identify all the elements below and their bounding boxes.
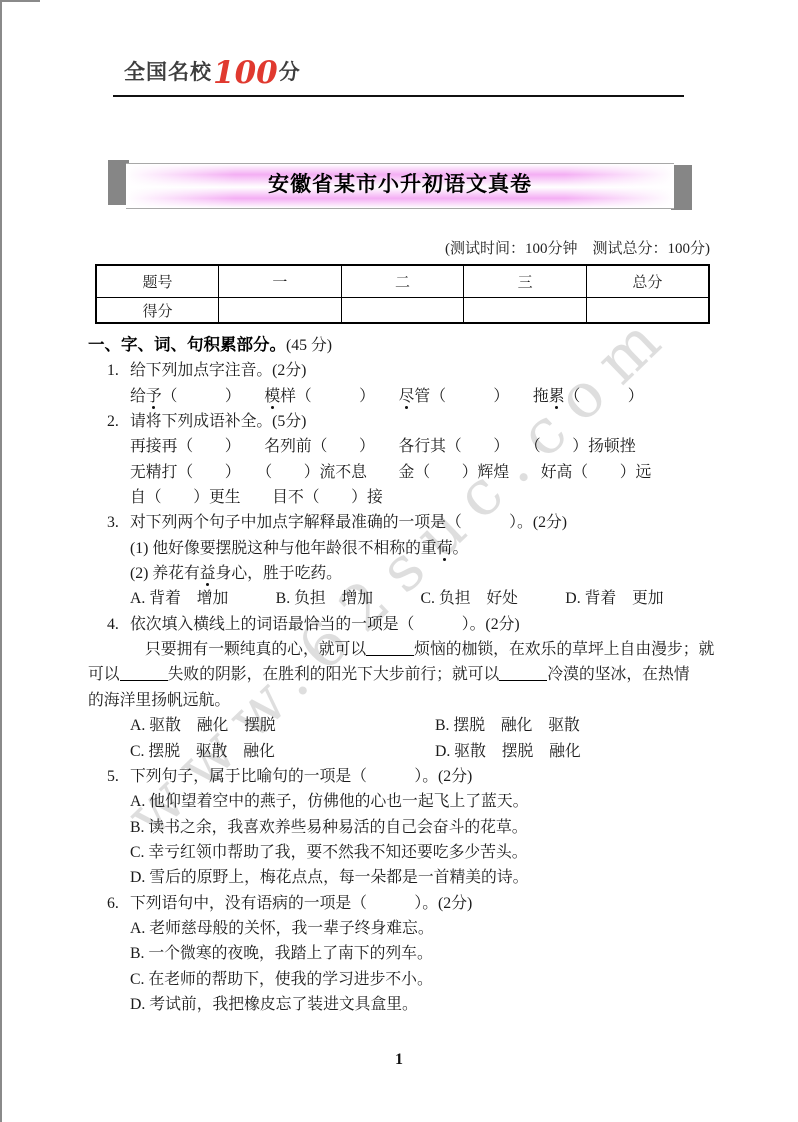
- question-prompt: 下列语句中，没有语病的一项是（ ）。(2分): [130, 895, 472, 912]
- question-3-sentence-1: (1) 他好像要摆脱这种与他年龄很不相称的重荷。: [88, 536, 728, 561]
- scan-edge-left: [0, 0, 2, 1122]
- text-run: 冷漠的坚冰，在热情: [547, 666, 689, 683]
- text-run: 失败的阴影，在胜利的阳光下大步前行；就可以: [168, 666, 500, 683]
- score-table-header-row: 题号 一 二 三 总分: [96, 265, 709, 298]
- question-6: 6.下列语句中，没有语病的一项是（ ）。(2分): [88, 891, 728, 916]
- question-3-options: A. 背着 增加 B. 负担 增加 C. 负担 好处 D. 背着 更加: [88, 586, 728, 611]
- score-cell: [219, 298, 342, 324]
- exam-body: 一、字、词、句积累部分。(45 分) 1.给下列加点字注音。(2分) 给予（ ）…: [88, 333, 728, 1017]
- section-heading-score: (45 分): [286, 337, 332, 354]
- question-4-options-row: C. 摆脱 驱散 融化D. 驱散 摆脱 融化: [88, 739, 728, 764]
- brand-prefix-text: 全国名校: [124, 58, 212, 88]
- score-row-label: 得分: [96, 298, 219, 324]
- question-5-option: D. 雪后的原野上，梅花点点，每一朵都是一首精美的诗。: [88, 865, 728, 890]
- question-number: 5.: [107, 764, 119, 789]
- question-5-option: B. 读书之余，我喜欢养些易种易活的自己会奋斗的花草。: [88, 815, 728, 840]
- dotted-character: 模: [264, 388, 280, 405]
- text-run: 拖: [533, 388, 549, 405]
- question-6-option: B. 一个微寒的夜晚，我踏上了南下的列车。: [88, 941, 728, 966]
- text-run: 可以: [88, 666, 120, 683]
- score-table-header-cell: 二: [341, 265, 464, 298]
- score-table-header-cell: 总分: [586, 265, 709, 298]
- score-table-header-cell: 题号: [96, 265, 219, 298]
- question-5-option: A. 他仰望着空中的燕子，仿佛他的心也一起飞上了蓝天。: [88, 789, 728, 814]
- header-rule: [113, 95, 684, 97]
- question-4-passage-line: 只要拥有一颗纯真的心，就可以烦恼的枷锁，在欢乐的草坪上自由漫步；就: [88, 637, 728, 662]
- question-4-passage-line: 可以失败的阴影，在胜利的阳光下大步前行；就可以冷漠的坚冰，在热情: [88, 662, 728, 687]
- question-prompt: 依次填入横线上的词语最恰当的一项是（ ）。(2分): [130, 616, 520, 633]
- option-d: D. 驱散 摆脱 融化: [435, 743, 581, 760]
- question-prompt: 下列句子，属于比喻句的一项是（ ）。(2分): [130, 768, 472, 785]
- dotted-character: 荷: [437, 540, 453, 557]
- question-4: 4.依次填入横线上的词语最恰当的一项是（ ）。(2分): [88, 612, 728, 637]
- question-2-line: 无精打（ ） （ ）流不息 金（ ）辉煌 好高（ ）远: [88, 460, 728, 485]
- text-run: （ ）: [162, 388, 265, 405]
- question-number: 4.: [107, 612, 119, 637]
- banner-right-cap: [671, 165, 692, 210]
- text-run: (1) 他好像要摆脱这种与他年龄很不相称的重: [130, 540, 437, 557]
- page-number: 1: [0, 1051, 798, 1069]
- text-run: (2) 养花有: [130, 565, 200, 582]
- question-6-option: A. 老师慈母般的关怀，我一辈子终身难忘。: [88, 916, 728, 941]
- banner-ribbon: 安徽省某市小升初语文真卷: [126, 163, 674, 209]
- text-run: （ ）: [565, 388, 644, 405]
- question-prompt: 请将下列成语补全。(5分): [130, 413, 306, 430]
- text-run: 只要拥有一颗纯真的心，就可以: [145, 641, 366, 658]
- dotted-character: 予: [146, 388, 162, 405]
- question-2: 2.请将下列成语补全。(5分): [88, 409, 728, 434]
- page-title: 安徽省某市小升初语文真卷: [126, 164, 674, 206]
- exam-paper-page: 全国名校 100 分 安徽省某市小升初语文真卷 (测试时间：100分钟 测试总分…: [0, 0, 798, 1122]
- score-cell: [464, 298, 587, 324]
- text-run: 烦恼的枷锁，在欢乐的草坪上自由漫步；就: [414, 641, 714, 658]
- question-4-options-row: A. 驱散 融化 摆脱B. 摆脱 融化 驱散: [88, 713, 728, 738]
- score-table-score-row: 得分: [96, 298, 709, 324]
- dotted-character: 益: [200, 565, 216, 582]
- question-3-sentence-2: (2) 养花有益身心，胜于吃药。: [88, 561, 728, 586]
- question-1: 1.给下列加点字注音。(2分): [88, 358, 728, 383]
- text-run: 管（ ）: [414, 388, 532, 405]
- test-info: (测试时间：100分钟 测试总分：100分): [445, 237, 710, 258]
- question-number: 3.: [107, 510, 119, 535]
- question-number: 6.: [107, 891, 119, 916]
- brand-logo: 全国名校 100 分: [124, 58, 301, 88]
- question-2-line: 再接再（ ） 名列前（ ） 各行其（ ） （ ）扬顿挫: [88, 434, 728, 459]
- option-a: A. 驱散 融化 摆脱: [130, 713, 435, 738]
- question-2-line: 自（ ）更生 目不（ ）接: [88, 485, 728, 510]
- question-6-option: D. 考试前，我把橡皮忘了装进文具盒里。: [88, 992, 728, 1017]
- question-6-option: C. 在老师的帮助下，使我的学习进步不小。: [88, 967, 728, 992]
- text-run: 给: [130, 388, 146, 405]
- option-c: C. 摆脱 驱散 融化: [130, 739, 435, 764]
- brand-suffix-text: 分: [279, 58, 301, 88]
- question-number: 1.: [107, 358, 119, 383]
- dotted-character: 尽: [399, 388, 415, 405]
- dotted-character: 累: [549, 388, 565, 405]
- brand-score-text: 100: [213, 58, 278, 88]
- section-heading: 一、字、词、句积累部分。(45 分): [88, 333, 728, 358]
- answer-blank: [499, 663, 547, 681]
- section-heading-title: 一、字、词、句积累部分。: [88, 336, 286, 354]
- scan-edge-top: [0, 0, 40, 2]
- score-cell: [341, 298, 464, 324]
- question-4-passage-line: 的海洋里扬帆远航。: [88, 688, 728, 713]
- answer-blank: [366, 638, 414, 656]
- text-run: 样（ ）: [280, 388, 398, 405]
- question-3: 3.对下列两个句子中加点字解释最准确的一项是（ ）。(2分): [88, 510, 728, 535]
- score-table: 题号 一 二 三 总分 得分: [95, 264, 710, 324]
- text-run: 的海洋里扬帆远航。: [88, 692, 230, 709]
- score-table-header-cell: 一: [219, 265, 342, 298]
- text-run: 身心，胜于吃药。: [216, 565, 342, 582]
- score-table-header-cell: 三: [464, 265, 587, 298]
- question-1-items: 给予（ ） 模样（ ） 尽管（ ） 拖累（ ）: [88, 384, 728, 409]
- text-run: 。: [453, 540, 469, 557]
- question-number: 2.: [107, 409, 119, 434]
- score-cell: [586, 298, 709, 324]
- question-prompt: 对下列两个句子中加点字解释最准确的一项是（ ）。(2分): [130, 514, 567, 531]
- question-5: 5.下列句子，属于比喻句的一项是（ ）。(2分): [88, 764, 728, 789]
- answer-blank: [120, 663, 168, 681]
- option-b: B. 摆脱 融化 驱散: [435, 717, 580, 734]
- question-5-option: C. 幸亏红领巾帮助了我，要不然我不知还要吃多少苦头。: [88, 840, 728, 865]
- title-banner: 安徽省某市小升初语文真卷: [108, 158, 692, 210]
- question-prompt: 给下列加点字注音。(2分): [130, 362, 306, 379]
